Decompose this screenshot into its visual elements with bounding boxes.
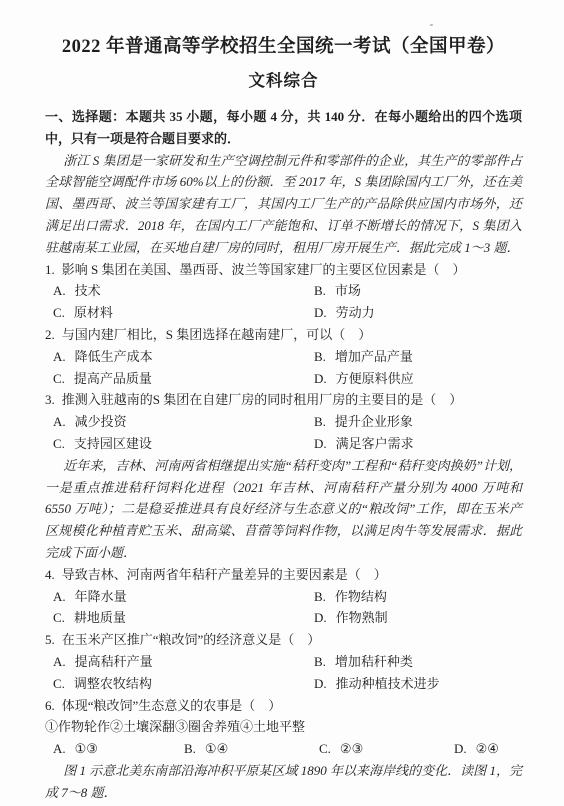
question-text: 与国内建厂相比，S 集团选择在越南建厂，可以（ ） [62,327,371,342]
option-label: D. [314,436,327,451]
option-text: 作物熟制 [336,610,388,625]
question-number: 3. [45,392,55,407]
option-3-b: B.提升企业形象 [314,411,522,433]
option-text: 提升企业形象 [335,414,413,429]
option-6-c: C.②③ [319,738,454,760]
option-text: ②④ [476,741,499,756]
option-text: 市场 [335,283,361,298]
question-text: 体现“粮改饲”生态意义的农事是（ ） [62,698,282,713]
option-2-a: A.降低生产成本 [53,346,314,368]
option-text: 满足客户需求 [336,436,414,451]
option-text: 减少投资 [75,414,127,429]
option-label: B. [314,349,326,364]
question-5-stem: 5.在玉米产区推广“粮改饲”的经济意义是（ ） [45,629,522,651]
question-1-stem: 1.影响 S 集团在美国、墨西哥、波兰等国家建厂的主要区位因素是（ ） [45,259,522,281]
option-text: 年降水量 [75,589,127,604]
option-1-b: B.市场 [314,280,522,302]
question-number: 2. [45,327,55,342]
option-label: D. [314,610,327,625]
option-label: A. [53,414,66,429]
question-4-stem: 4.导致吉林、河南两省年秸秆产量差异的主要因素是（ ） [45,564,522,586]
option-6-b: B.①④ [184,738,319,760]
question-text: 在玉米产区推广“粮改饲”的经济意义是（ ） [62,632,321,647]
option-text: ①③ [75,741,98,756]
question-2-stem: 2.与国内建厂相比，S 集团选择在越南建厂，可以（ ） [45,324,522,346]
option-text: 技术 [75,283,101,298]
option-label: D. [314,305,327,320]
option-text: 降低生产成本 [75,349,153,364]
option-text: 调整农牧结构 [74,676,152,691]
option-6-a: A.①③ [53,738,184,760]
question-6: 6.体现“粮改饲”生态意义的农事是（ ） ①作物轮作②土壤深翻③圈舍养殖④土地平… [45,695,522,760]
option-label: B. [314,414,326,429]
option-text: 原材料 [74,305,113,320]
option-label: C. [53,436,65,451]
option-label: B. [314,589,326,604]
question-6-stem: 6.体现“粮改饲”生态意义的农事是（ ） [45,695,522,717]
passage-figure-intro: 图 1 示意北美东南部沿海冲积平原某区域 1890 年以来海岸线的变化．读图 1… [45,760,522,804]
question-number: 1. [45,262,55,277]
option-label: A. [53,283,66,298]
passage-group2: 近年来，吉林、河南两省相继提出实施“秸秆变肉”工程和“秸秆变肉换奶”计划，一是重… [45,455,522,564]
option-text: 提高产品质量 [74,371,152,386]
option-3-a: A.减少投资 [53,411,314,433]
question-2-options: A.降低生产成本 B.增加产品产量 C.提高产品质量 D.方便原料供应 [45,346,522,390]
option-label: D. [314,676,327,691]
option-label: C. [53,305,65,320]
question-5-options: A.提高秸秆产量 B.增加秸秆种类 C.调整农牧结构 D.推动种植技术进步 [45,651,522,695]
option-label: C. [53,610,65,625]
option-5-b: B.增加秸秆种类 [314,651,522,673]
section-instruction: 一、选择题：本题共 35 小题，每小题 4 分，共 140 分．在每小题给出的四… [45,106,522,150]
option-2-c: C.提高产品质量 [53,368,314,390]
question-text: 推测入驻越南的S 集团在自建厂房的同时租用厂房的主要目的是（ ） [62,392,462,407]
question-6-options: A.①③ B.①④ C.②③ D.②④ [45,738,522,760]
question-2: 2.与国内建厂相比，S 集团选择在越南建厂，可以（ ） A.降低生产成本 B.增… [45,324,522,389]
option-text: 支持园区建设 [74,436,152,451]
option-6-d: D.②④ [454,738,522,760]
option-text: 耕地质量 [74,610,126,625]
option-label: A. [53,654,66,669]
option-3-d: D.满足客户需求 [314,433,522,455]
option-text: 作物结构 [335,589,387,604]
option-1-c: C.原材料 [53,302,314,324]
option-5-a: A.提高秸秆产量 [53,651,314,673]
option-text: 增加秸秆种类 [335,654,413,669]
option-1-d: D.劳动力 [314,302,522,324]
question-text: 影响 S 集团在美国、墨西哥、波兰等国家建厂的主要区位因素是（ ） [62,262,466,277]
option-2-b: B.增加产品产量 [314,346,522,368]
option-4-a: A.年降水量 [53,586,314,608]
option-label: C. [53,676,65,691]
option-label: A. [53,741,66,756]
option-text: 方便原料供应 [336,371,414,386]
question-number: 5. [45,632,55,647]
option-5-c: C.调整农牧结构 [53,673,314,695]
option-label: B. [314,654,326,669]
option-label: A. [53,349,66,364]
option-text: 劳动力 [336,305,375,320]
question-3-stem: 3.推测入驻越南的S 集团在自建厂房的同时租用厂房的主要目的是（ ） [45,389,522,411]
question-4-options: A.年降水量 B.作物结构 C.耕地质量 D.作物熟制 [45,586,522,630]
question-5: 5.在玉米产区推广“粮改饲”的经济意义是（ ） A.提高秸秆产量 B.增加秸秆种… [45,629,522,694]
option-label: D. [454,741,467,756]
option-label: B. [184,741,196,756]
option-4-b: B.作物结构 [314,586,522,608]
option-label: C. [53,371,65,386]
question-3: 3.推测入驻越南的S 集团在自建厂房的同时租用厂房的主要目的是（ ） A.减少投… [45,389,522,454]
option-text: 推动种植技术进步 [336,676,440,691]
question-number: 6. [45,698,55,713]
option-4-d: D.作物熟制 [314,607,522,629]
option-label: A. [53,589,66,604]
page-title: 2022 年普通高等学校招生全国统一考试（全国甲卷） [45,34,522,60]
question-text: 导致吉林、河南两省年秸秆产量差异的主要因素是（ ） [62,567,387,582]
question-1-options: A.技术 B.市场 C.原材料 D.劳动力 [45,280,522,324]
passage-group1: 浙江 S 集团是一家研发和生产空调控制元件和零部件的企业，其生产的零部件占全球智… [45,150,522,259]
page-subtitle: 文科综合 [45,68,522,94]
option-text: ①④ [205,741,228,756]
option-text: 提高秸秆产量 [75,654,153,669]
option-label: D. [314,371,327,386]
question-number: 4. [45,567,55,582]
option-3-c: C.支持园区建设 [53,433,314,455]
option-1-a: A.技术 [53,280,314,302]
question-4: 4.导致吉林、河南两省年秸秆产量差异的主要因素是（ ） A.年降水量 B.作物结… [45,564,522,629]
option-text: 增加产品产量 [335,349,413,364]
option-4-c: C.耕地质量 [53,607,314,629]
option-2-d: D.方便原料供应 [314,368,522,390]
question-6-numbered-items: ①作物轮作②土壤深翻③圈舍养殖④土地平整 [45,716,522,738]
option-label: C. [319,741,331,756]
option-5-d: D.推动种植技术进步 [314,673,522,695]
scan-artifact [430,24,433,26]
question-3-options: A.减少投资 B.提升企业形象 C.支持园区建设 D.满足客户需求 [45,411,522,455]
option-text: ②③ [340,741,363,756]
exam-page: 2022 年普通高等学校招生全国统一考试（全国甲卷） 文科综合 一、选择题：本题… [0,0,564,806]
question-1: 1.影响 S 集团在美国、墨西哥、波兰等国家建厂的主要区位因素是（ ） A.技术… [45,259,522,324]
option-label: B. [314,283,326,298]
